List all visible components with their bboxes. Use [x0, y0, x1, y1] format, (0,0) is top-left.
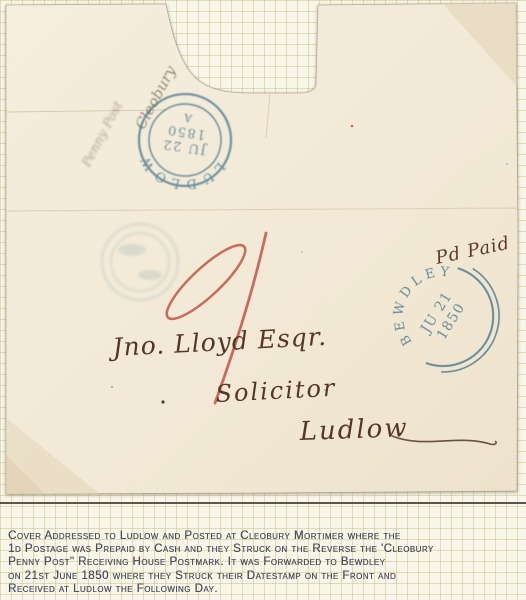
caption-line-3: Penny Post" Receiving House Postmark. It… — [8, 555, 523, 568]
caption-line-2: 1d Postage was Prepaid by Cash and they … — [8, 542, 523, 555]
caption-line-5: Received at Ludlow the Following Day. — [8, 582, 523, 595]
postal-cover-image: Cleobury Penny Post LUDLOW JU 22 1850 A … — [0, 0, 526, 520]
caption-line-4: on 21st June 1850 where they Struck thei… — [8, 569, 523, 582]
address-line-town: Ludlow — [298, 413, 409, 447]
caption-line-1: Cover Addressed to Ludlow and Posted at … — [8, 529, 523, 542]
divider-line — [0, 502, 526, 504]
caption-block: Cover Addressed to Ludlow and Posted at … — [8, 529, 523, 595]
album-page: Cleobury Penny Post LUDLOW JU 22 1850 A … — [0, 0, 526, 600]
